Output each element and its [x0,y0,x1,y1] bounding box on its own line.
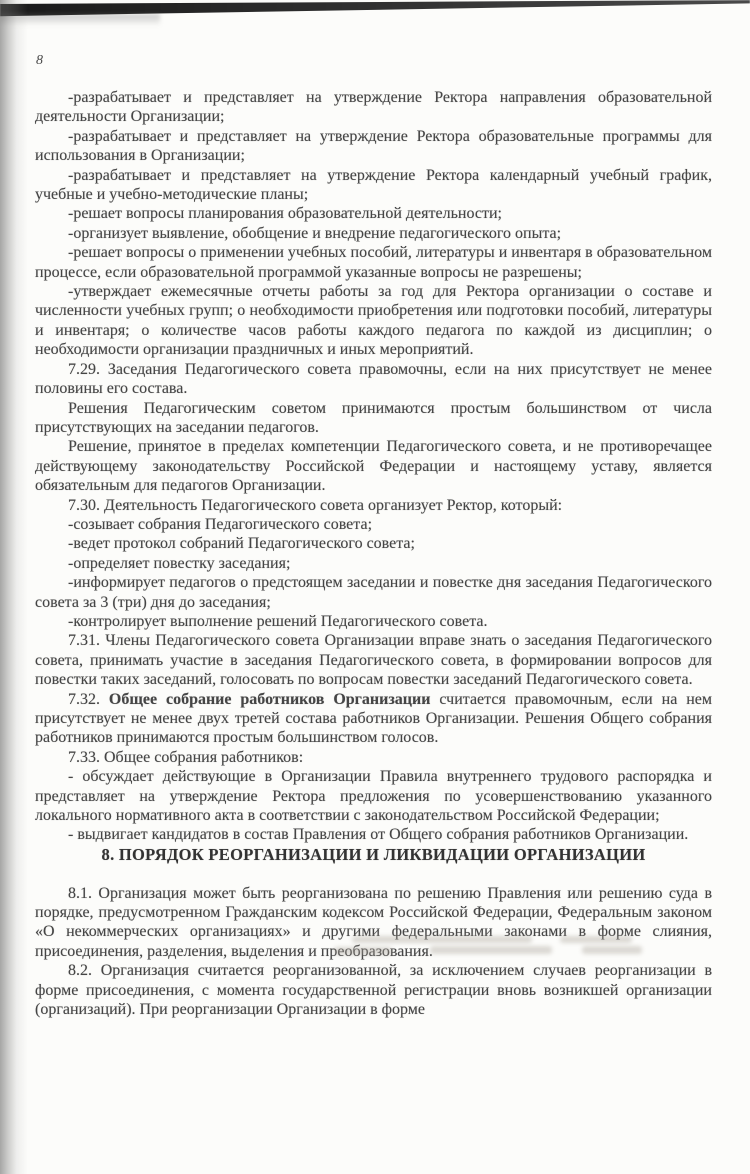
text-run: -созывает собрания Педагогического совет… [68,516,372,533]
paragraph: -решает вопросы планирования образовател… [35,204,712,223]
paragraph: -информирует педагогов о предстоящем зас… [35,573,712,612]
text-run: 7.30. Деятельность Педагогического совет… [68,497,562,514]
bold-text-run: 8. ПОРЯДОК РЕОРГАНИЗАЦИИ И ЛИКВИДАЦИИ ОР… [102,845,646,864]
paragraph: Решение, принятое в пределах компетенции… [35,437,712,495]
paragraph: -разрабатывает и представляет на утвержд… [35,88,712,127]
text-run: -контролирует выполнение решений Педагог… [68,613,488,630]
paragraph: 7.29. Заседания Педагогического совета п… [35,360,712,399]
text-run: -утверждает ежемесячные отчеты работы за… [35,283,712,358]
scan-smudge [560,936,632,943]
paragraph: - обсуждает действующие в Организации Пр… [35,767,712,825]
paragraph: -контролирует выполнение решений Педагог… [35,612,712,631]
text-run: -решает вопросы планирования образовател… [68,205,502,222]
text-run: -информирует педагогов о предстоящем зас… [35,574,712,610]
paragraph: -определяет повестку заседания; [35,554,712,573]
text-run: -определяет повестку заседания; [68,555,290,572]
scan-left-gutter-shadow [0,0,28,1174]
paragraph: 7.31. Члены Педагогического совета Орган… [35,631,712,689]
bold-text-run: Общее собрание работников Организации [109,691,431,708]
section-heading: 8. ПОРЯДОК РЕОРГАНИЗАЦИИ И ЛИКВИДАЦИИ ОР… [35,845,712,864]
document-body: -разрабатывает и представляет на утвержд… [35,88,712,1019]
paragraph: 8.2. Организация считается реорганизован… [35,961,712,1019]
paragraph: -ведет протокол собраний Педагогического… [35,534,712,553]
text-run: -ведет протокол собраний Педагогического… [68,535,415,552]
text-run: Решения Педагогическим советом принимают… [35,400,712,436]
paragraph: -решает вопросы о применении учебных пос… [35,243,712,282]
text-run: -решает вопросы о применении учебных пос… [35,244,712,280]
paragraph: -организует выявление, обобщение и внедр… [35,224,712,243]
paragraph: -утверждает ежемесячные отчеты работы за… [35,282,712,360]
text-run: 7.31. Члены Педагогического совета Орган… [35,632,712,688]
scan-smudge [352,936,532,943]
scan-smudge [582,946,642,954]
text-run: -организует выявление, обобщение и внедр… [68,225,561,242]
paragraph: 7.30. Деятельность Педагогического совет… [35,496,712,515]
text-run: 7.32. [68,691,109,708]
scan-smudge [334,947,392,955]
paragraph: -созывает собрания Педагогического совет… [35,515,712,534]
paragraph: -разрабатывает и представляет на утвержд… [35,166,712,205]
text-run: - выдвигает кандидатов в состав Правлени… [68,826,688,843]
paragraph: 7.33. Общее собрания работников: [35,748,712,767]
text-run: 8.2. Организация считается реорганизован… [35,962,712,1018]
paragraph: -разрабатывает и представляет на утвержд… [35,127,712,166]
paragraph: Решения Педагогическим советом принимают… [35,399,712,438]
text-run: 7.33. Общее собрания работников: [68,749,303,766]
paragraph: - выдвигает кандидатов в состав Правлени… [35,825,712,844]
scanned-document-page: 8 -разрабатывает и представляет на утвер… [0,0,750,1174]
page-number: 8 [36,53,43,69]
scan-smudge [430,946,552,954]
text-run: - обсуждает действующие в Организации Пр… [35,768,712,824]
paragraph: 7.32. Общее собрание работников Организа… [35,690,712,748]
text-run: Решение, принятое в пределах компетенции… [35,438,712,494]
text-run: 7.29. Заседания Педагогического совета п… [35,361,712,397]
text-run: -разрабатывает и представляет на утвержд… [35,128,712,164]
text-run: -разрабатывает и представляет на утвержд… [35,167,712,203]
text-run: -разрабатывает и представляет на утвержд… [35,89,712,125]
